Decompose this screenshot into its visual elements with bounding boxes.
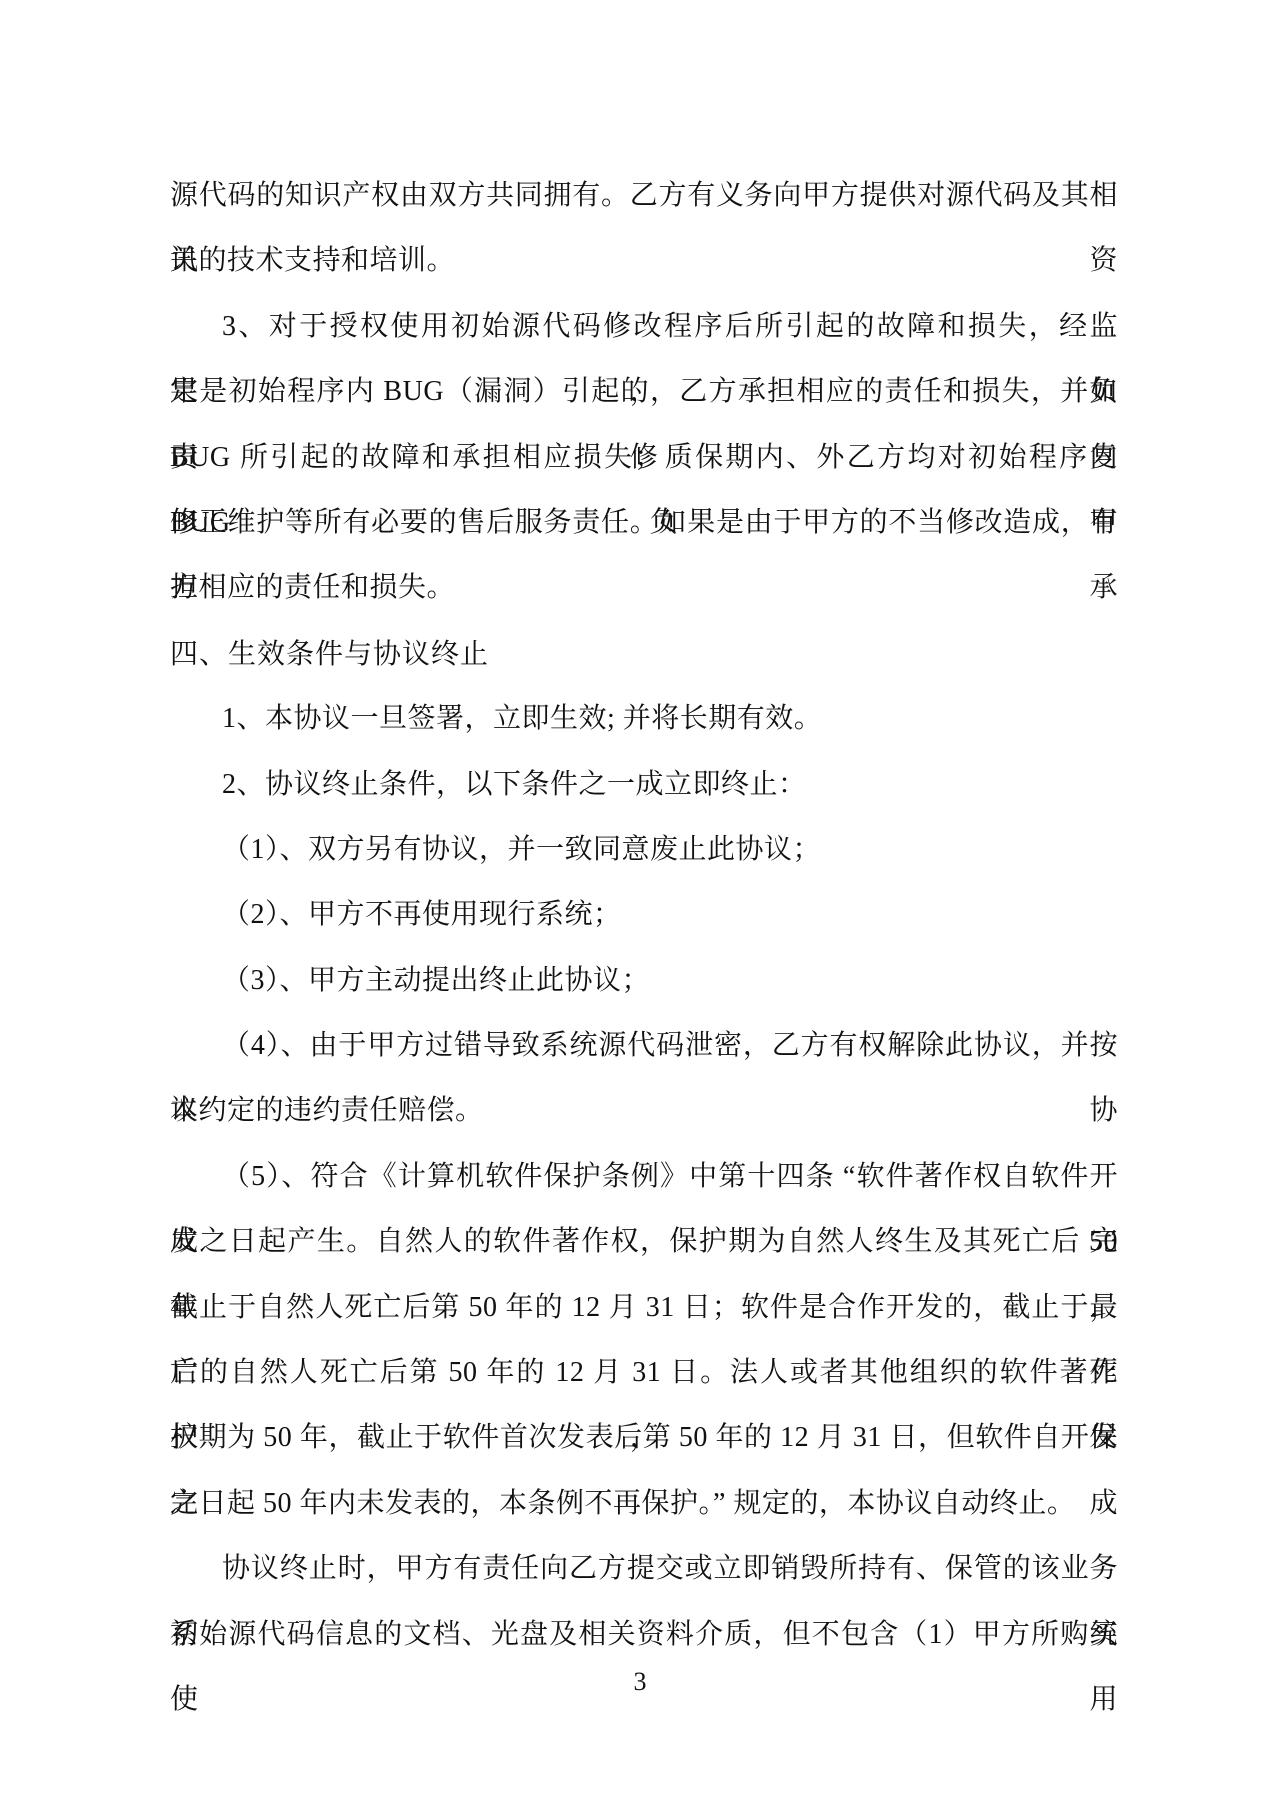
paragraph-line: 之日起 50 年内未发表的，本条例不再保护。” 规定的，本协议自动终止。 <box>170 1471 1118 1536</box>
paragraph-line: BUG 所引起的故障和承担相应损失；质保期内、外乙方均对初始程序内 BUG 负有 <box>170 425 1118 490</box>
clause-1-line: 1、本协议一旦签署，立即生效; 并将长期有效。 <box>170 686 1118 751</box>
contract-body: 源代码的知识产权由双方共同拥有。乙方有义务向甲方提供对源代码及其相关资 讯的技术… <box>170 163 1118 1667</box>
page-number: 3 <box>0 1662 1280 1702</box>
clause-3-line: 3、对于授权使用初始源代码修改程序后所引起的故障和损失，经监定，如 <box>170 294 1118 359</box>
document-page: 源代码的知识产权由双方共同拥有。乙方有义务向甲方提供对源代码及其相关资 讯的技术… <box>0 0 1280 1810</box>
paragraph-line: 截止于自然人死亡后第 50 年的 12 月 31 日；软件是合作开发的，截止于最… <box>170 1275 1118 1340</box>
clause-2-line: 2、协议终止条件，以下条件之一成立即终止： <box>170 752 1118 817</box>
subitem-5-line: （5）、符合《计算机软件保护条例》中第十四条 “软件著作权自软件开发完 <box>170 1144 1118 1209</box>
subitem-1-line: （1）、双方另有协议，并一致同意废止此协议； <box>170 817 1118 882</box>
section-heading-4: 四、生效条件与协议终止 <box>170 621 1118 686</box>
paragraph-line: 源代码的知识产权由双方共同拥有。乙方有义务向甲方提供对源代码及其相关资 <box>170 163 1118 228</box>
paragraph-line: 亡的自然人死亡后第 50 年的 12 月 31 日。法人或者其他组织的软件著作权… <box>170 1340 1118 1405</box>
subitem-3-line: （3）、甲方主动提出终止此协议； <box>170 948 1118 1013</box>
paragraph-line: 协议终止时，甲方有责任向乙方提交或立即销毁所持有、保管的该业务系统 <box>170 1536 1118 1601</box>
paragraph-line: 护期为 50 年，截止于软件首次发表后第 50 年的 12 月 31 日，但软件… <box>170 1405 1118 1470</box>
paragraph-line: 修正维护等所有必要的售后服务责任。如果是由于甲方的不当修改造成，甲方承 <box>170 490 1118 555</box>
paragraph-line: 成之日起产生。自然人的软件著作权，保护期为自然人终生及其死亡后 50 年， <box>170 1209 1118 1274</box>
paragraph-line: 初始源代码信息的文档、光盘及相关资料介质，但不包含（1）甲方所购买使用 <box>170 1602 1118 1667</box>
subitem-4-line: （4）、由于甲方过错导致系统源代码泄密，乙方有权解除此协议，并按本协 <box>170 1013 1118 1078</box>
paragraph-line: 果是初始程序内 BUG（漏洞）引起的，乙方承担相应的责任和损失，并负责修复 <box>170 359 1118 424</box>
subitem-2-line: （2）、甲方不再使用现行系统； <box>170 882 1118 947</box>
